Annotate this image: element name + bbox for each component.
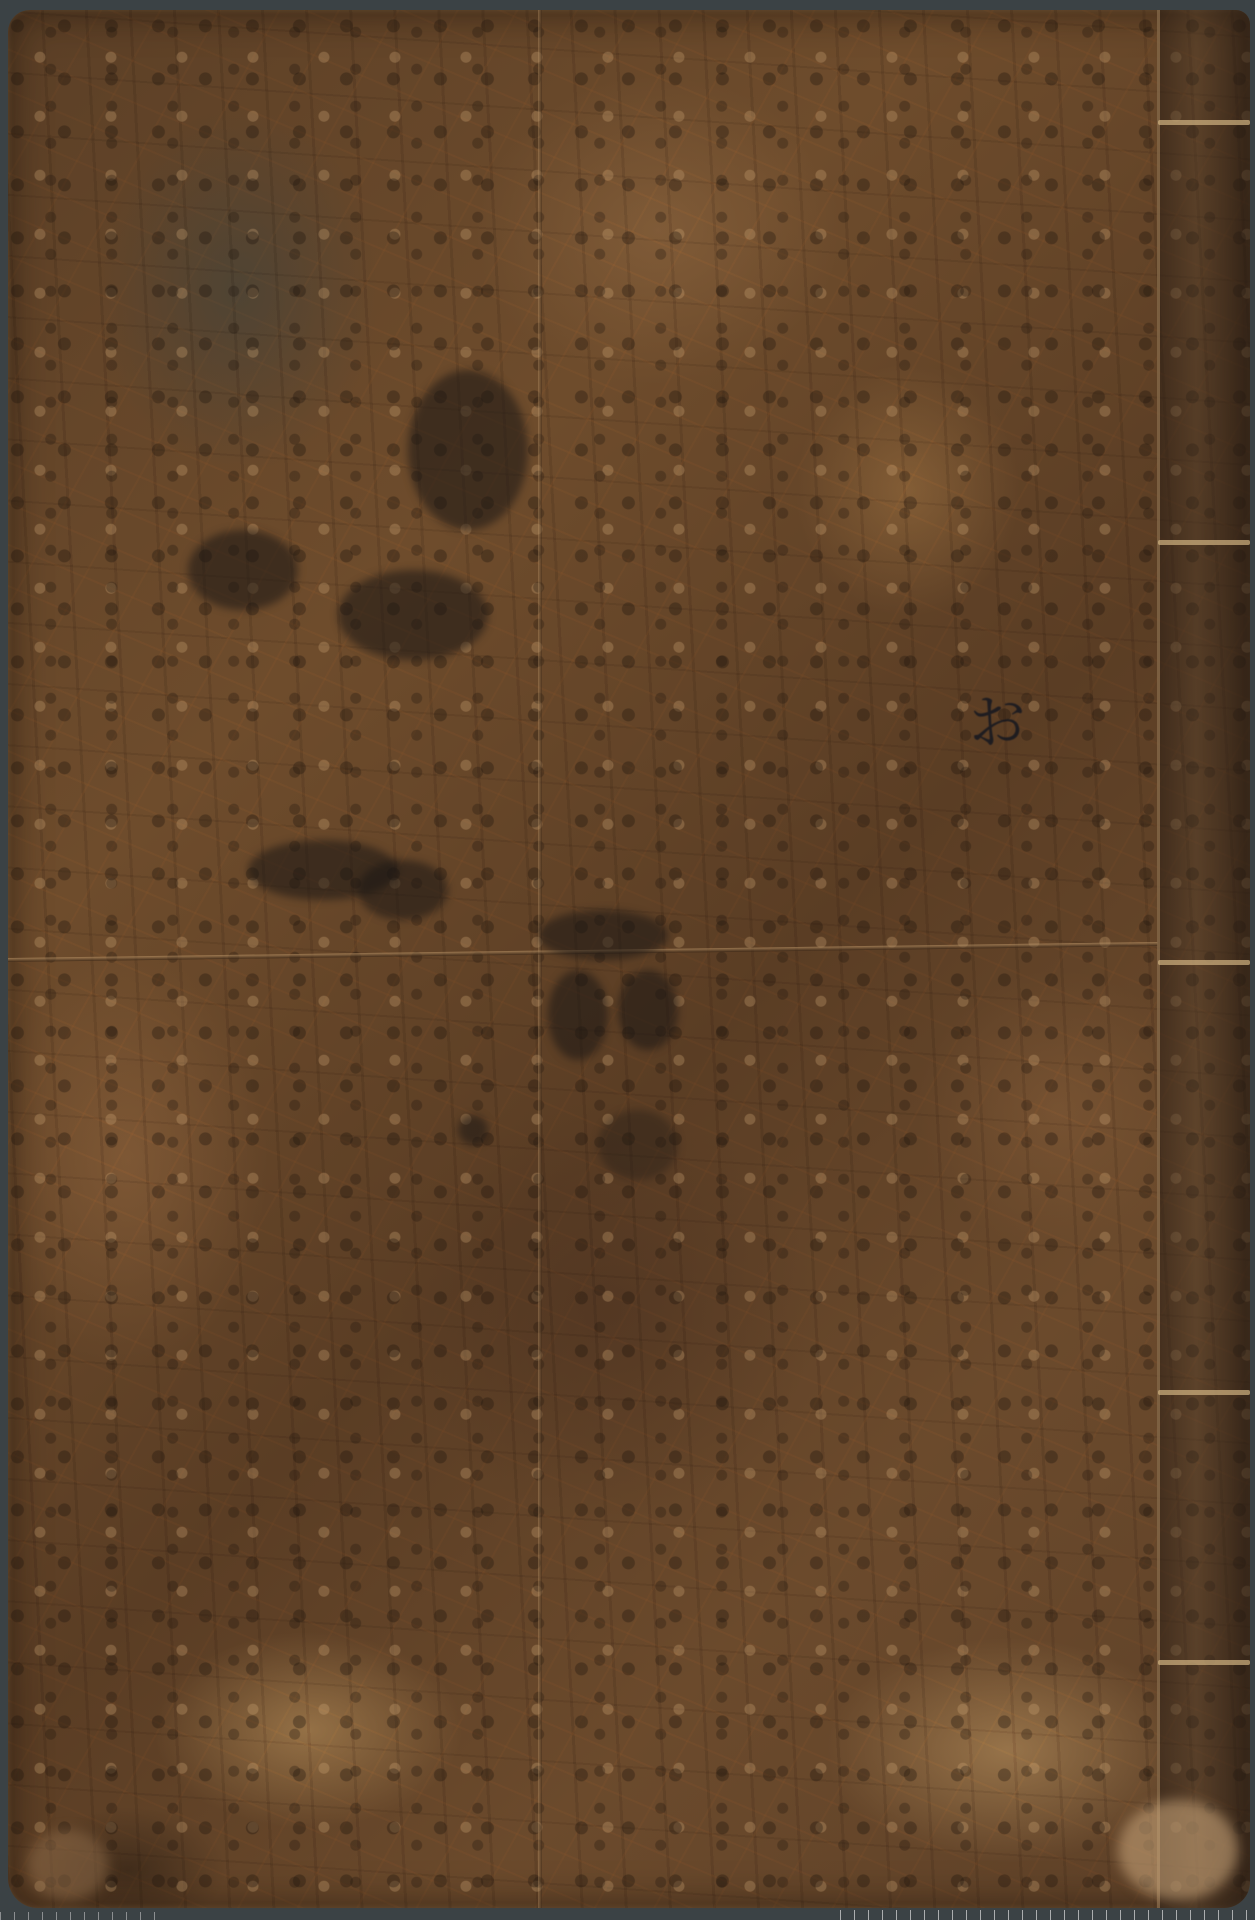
handwritten-mark: お	[965, 673, 1029, 761]
worn-corner	[1118, 1800, 1238, 1900]
faded-brush-stroke	[188, 530, 298, 610]
measurement-ruler-left	[0, 1912, 160, 1920]
faded-brush-stroke	[618, 970, 678, 1050]
worn-corner	[28, 1830, 108, 1900]
binding-thread	[1158, 540, 1250, 545]
faded-brush-stroke	[538, 910, 668, 960]
book-cover: お	[8, 10, 1250, 1908]
faded-brush-stroke	[548, 970, 608, 1060]
faded-brush-stroke	[358, 860, 448, 920]
vertical-crease	[538, 10, 542, 1908]
binding-thread	[1158, 120, 1250, 125]
faded-brush-stroke	[598, 1110, 678, 1180]
faded-brush-stroke	[338, 570, 488, 660]
faded-brush-stroke	[458, 1115, 488, 1145]
book-spine-binding	[1157, 10, 1250, 1908]
binding-thread	[1158, 960, 1250, 965]
faded-brush-stroke	[408, 370, 528, 530]
measurement-ruler	[840, 1910, 1255, 1920]
photo-scene: お	[0, 0, 1255, 1920]
binding-thread	[1158, 1390, 1250, 1395]
binding-thread	[1158, 1660, 1250, 1665]
